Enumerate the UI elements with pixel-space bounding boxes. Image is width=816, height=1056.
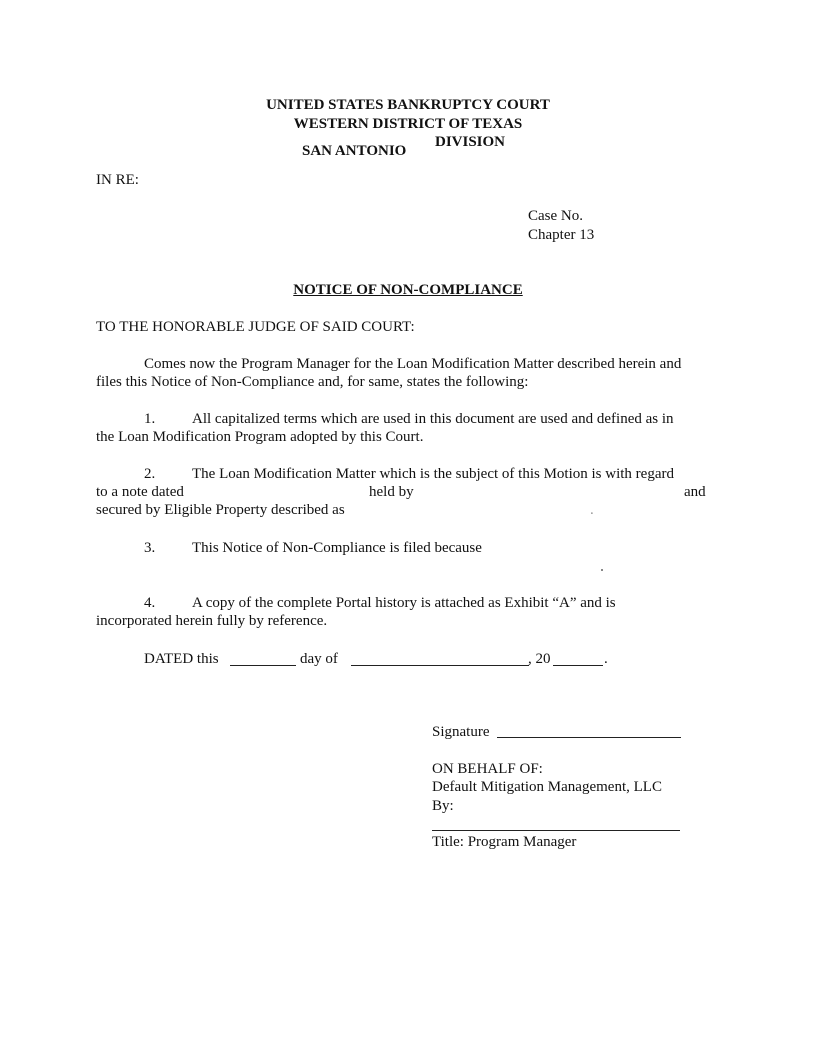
paragraph-4-line-1: A copy of the complete Portal history is… (192, 594, 616, 612)
case-number-label: Case No. (528, 207, 583, 225)
paragraph-2-line-1: The Loan Modification Matter which is th… (192, 465, 674, 483)
intro-line-1: Comes now the Program Manager for the Lo… (144, 355, 681, 373)
signature-line[interactable] (497, 737, 681, 738)
division-city: SAN ANTONIO (302, 142, 406, 160)
stray-mark (601, 569, 603, 571)
month-blank[interactable] (351, 665, 529, 666)
paragraph-3-line-1: This Notice of Non-Compliance is filed b… (192, 539, 482, 557)
signature-label: Signature (432, 723, 490, 741)
paragraph-2-line-3: secured by Eligible Property described a… (96, 501, 345, 519)
district-name: WESTERN DISTRICT OF TEXAS (0, 115, 816, 133)
day-of-label: day of (300, 650, 338, 668)
year-prefix: , 20 (528, 650, 551, 668)
document-title: NOTICE OF NON-COMPLIANCE (0, 281, 816, 299)
dated-prefix: DATED this (144, 650, 219, 668)
by-signature-line[interactable] (432, 830, 680, 831)
paragraph-1-line-1: All capitalized terms which are used in … (192, 410, 674, 428)
on-behalf-of-label: ON BEHALF OF: (432, 760, 543, 778)
salutation: TO THE HONORABLE JUDGE OF SAID COURT: (96, 318, 415, 336)
court-name: UNITED STATES BANKRUPTCY COURT (0, 96, 816, 114)
day-blank[interactable] (230, 665, 296, 666)
division-label: DIVISION (435, 133, 505, 151)
paragraph-4-number: 4. (144, 594, 155, 612)
paragraph-2-end-period: . (590, 501, 594, 519)
paragraph-1-line-2: the Loan Modification Program adopted by… (96, 428, 423, 446)
dated-end-period: . (604, 650, 608, 668)
by-label: By: (432, 797, 454, 815)
chapter-label: Chapter 13 (528, 226, 594, 244)
year-blank[interactable] (553, 665, 603, 666)
paragraph-1-number: 1. (144, 410, 155, 428)
paragraph-2-held-by: held by (369, 483, 414, 501)
paragraph-2-note-dated: to a note dated (96, 483, 184, 501)
in-re-label: IN RE: (96, 171, 139, 189)
intro-line-2: files this Notice of Non-Compliance and,… (96, 373, 528, 391)
paragraph-2-and: and (684, 483, 706, 501)
signer-title: Title: Program Manager (432, 833, 576, 851)
company-name: Default Mitigation Management, LLC (432, 778, 662, 796)
paragraph-4-line-2: incorporated herein fully by reference. (96, 612, 327, 630)
paragraph-3-number: 3. (144, 539, 155, 557)
paragraph-2-number: 2. (144, 465, 155, 483)
